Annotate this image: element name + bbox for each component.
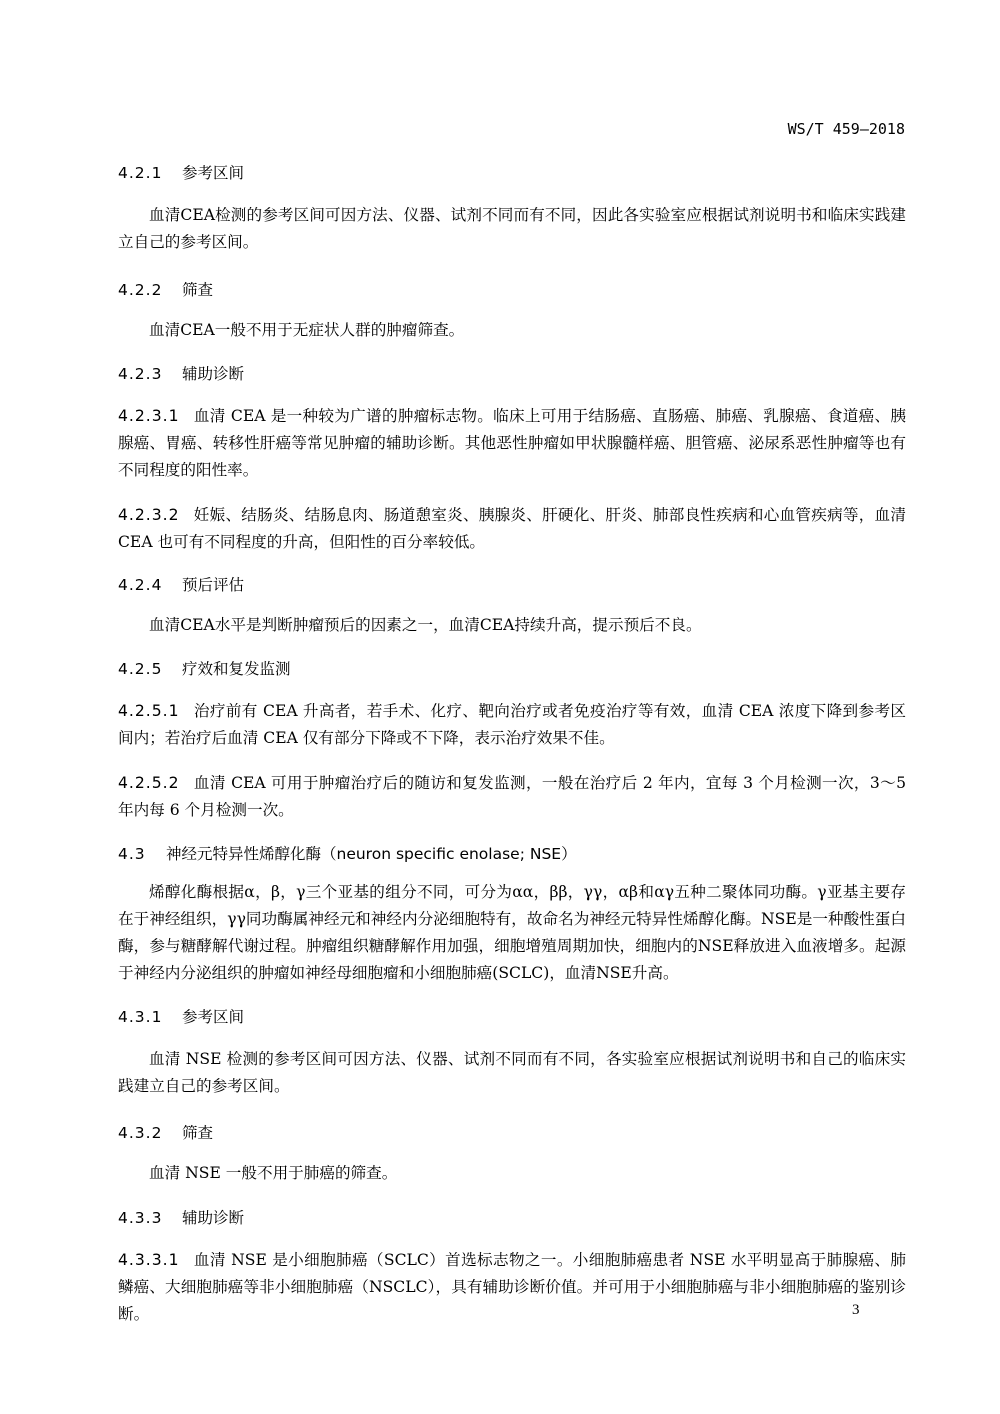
clause-text: 血清 NSE 是小细胞肺癌（SCLC）首选标志物之一。小细胞肺癌患者 NSE 水… (118, 1251, 906, 1323)
paragraph-nse-screening: 血清 NSE 一般不用于肺癌的筛查。 (118, 1160, 906, 1187)
clause-text: 血清 CEA 可用于肿瘤治疗后的随访和复发监测，一般在治疗后 2 年内，宜每 3… (118, 774, 906, 819)
clause-number: 4.2.3.2 (118, 506, 180, 524)
heading-number: 4.2.5 (118, 658, 182, 680)
paragraph-cea-reference: 血清CEA检测的参考区间可因方法、仪器、试剂不同而有不同，因此各实验室应根据试剂… (118, 202, 906, 256)
heading-title: 筛查 (182, 1124, 213, 1142)
heading-number: 4.2.2 (118, 279, 182, 301)
clause-4-2-5-2: 4.2.5.2血清 CEA 可用于肿瘤治疗后的随访和复发监测，一般在治疗后 2 … (118, 770, 906, 824)
clause-number: 4.2.5.1 (118, 702, 180, 720)
clause-text: 妊娠、结肠炎、结肠息肉、肠道憩室炎、胰腺炎、肝硬化、肝炎、肺部良性疾病和心血管疾… (118, 506, 906, 551)
heading-number: 4.3.3 (118, 1207, 182, 1229)
heading-4-3-2: 4.3.2筛查 (118, 1122, 906, 1144)
paragraph-nse-reference: 血清 NSE 检测的参考区间可因方法、仪器、试剂不同而有不同，各实验室应根据试剂… (118, 1046, 906, 1100)
heading-4-2-4: 4.2.4预后评估 (118, 574, 906, 596)
heading-4-2-3: 4.2.3辅助诊断 (118, 363, 906, 385)
clause-number: 4.2.5.2 (118, 774, 180, 792)
heading-title: 筛查 (182, 281, 213, 299)
heading-4-2-1: 4.2.1参考区间 (118, 162, 906, 184)
heading-title: 辅助诊断 (182, 365, 244, 383)
paragraph-nse-intro: 烯醇化酶根据α，β，γ三个亚基的组分不同，可分为αα，ββ，γγ，αβ和αγ五种… (118, 879, 906, 987)
clause-text: 血清 CEA 是一种较为广谱的肿瘤标志物。临床上可用于结肠癌、直肠癌、肺癌、乳腺… (118, 407, 906, 479)
heading-number: 4.3.2 (118, 1122, 182, 1144)
section-number: 4.3 (118, 843, 166, 865)
heading-title: 预后评估 (182, 576, 244, 594)
standard-code: WS/T 459—2018 (788, 120, 905, 138)
heading-number: 4.2.1 (118, 162, 182, 184)
clause-4-2-5-1: 4.2.5.1治疗前有 CEA 升高者，若手术、化疗、靶向治疗或者免疫治疗等有效… (118, 698, 906, 752)
heading-title: 疗效和复发监测 (182, 660, 291, 678)
section-title: 神经元特异性烯醇化酶（neuron specific enolase; NSE） (166, 845, 577, 863)
heading-4-3-1: 4.3.1参考区间 (118, 1006, 906, 1028)
page-number: 3 (852, 1302, 860, 1319)
clause-number: 4.3.3.1 (118, 1251, 180, 1269)
clause-4-3-3-1: 4.3.3.1血清 NSE 是小细胞肺癌（SCLC）首选标志物之一。小细胞肺癌患… (118, 1247, 906, 1328)
heading-title: 辅助诊断 (182, 1209, 244, 1227)
clause-text: 治疗前有 CEA 升高者，若手术、化疗、靶向治疗或者免疫治疗等有效，血清 CEA… (118, 702, 906, 747)
heading-4-2-2: 4.2.2筛查 (118, 279, 906, 301)
paragraph-cea-screening: 血清CEA一般不用于无症状人群的肿瘤筛查。 (118, 317, 906, 344)
heading-title: 参考区间 (182, 1008, 244, 1026)
section-4-3: 4.3神经元特异性烯醇化酶（neuron specific enolase; N… (118, 843, 906, 865)
heading-4-3-3: 4.3.3辅助诊断 (118, 1207, 906, 1229)
document-body: 4.2.1参考区间 血清CEA检测的参考区间可因方法、仪器、试剂不同而有不同，因… (118, 162, 906, 1328)
heading-number: 4.2.3 (118, 363, 182, 385)
heading-title: 参考区间 (182, 164, 244, 182)
clause-4-2-3-1: 4.2.3.1血清 CEA 是一种较为广谱的肿瘤标志物。临床上可用于结肠癌、直肠… (118, 403, 906, 484)
heading-4-2-5: 4.2.5疗效和复发监测 (118, 658, 906, 680)
clause-number: 4.2.3.1 (118, 407, 180, 425)
heading-number: 4.3.1 (118, 1006, 182, 1028)
paragraph-cea-prognosis: 血清CEA水平是判断肿瘤预后的因素之一，血清CEA持续升高，提示预后不良。 (118, 612, 906, 639)
document-page: WS/T 459—2018 4.2.1参考区间 血清CEA检测的参考区间可因方法… (0, 0, 1000, 1414)
clause-4-2-3-2: 4.2.3.2妊娠、结肠炎、结肠息肉、肠道憩室炎、胰腺炎、肝硬化、肝炎、肺部良性… (118, 502, 906, 556)
heading-number: 4.2.4 (118, 574, 182, 596)
